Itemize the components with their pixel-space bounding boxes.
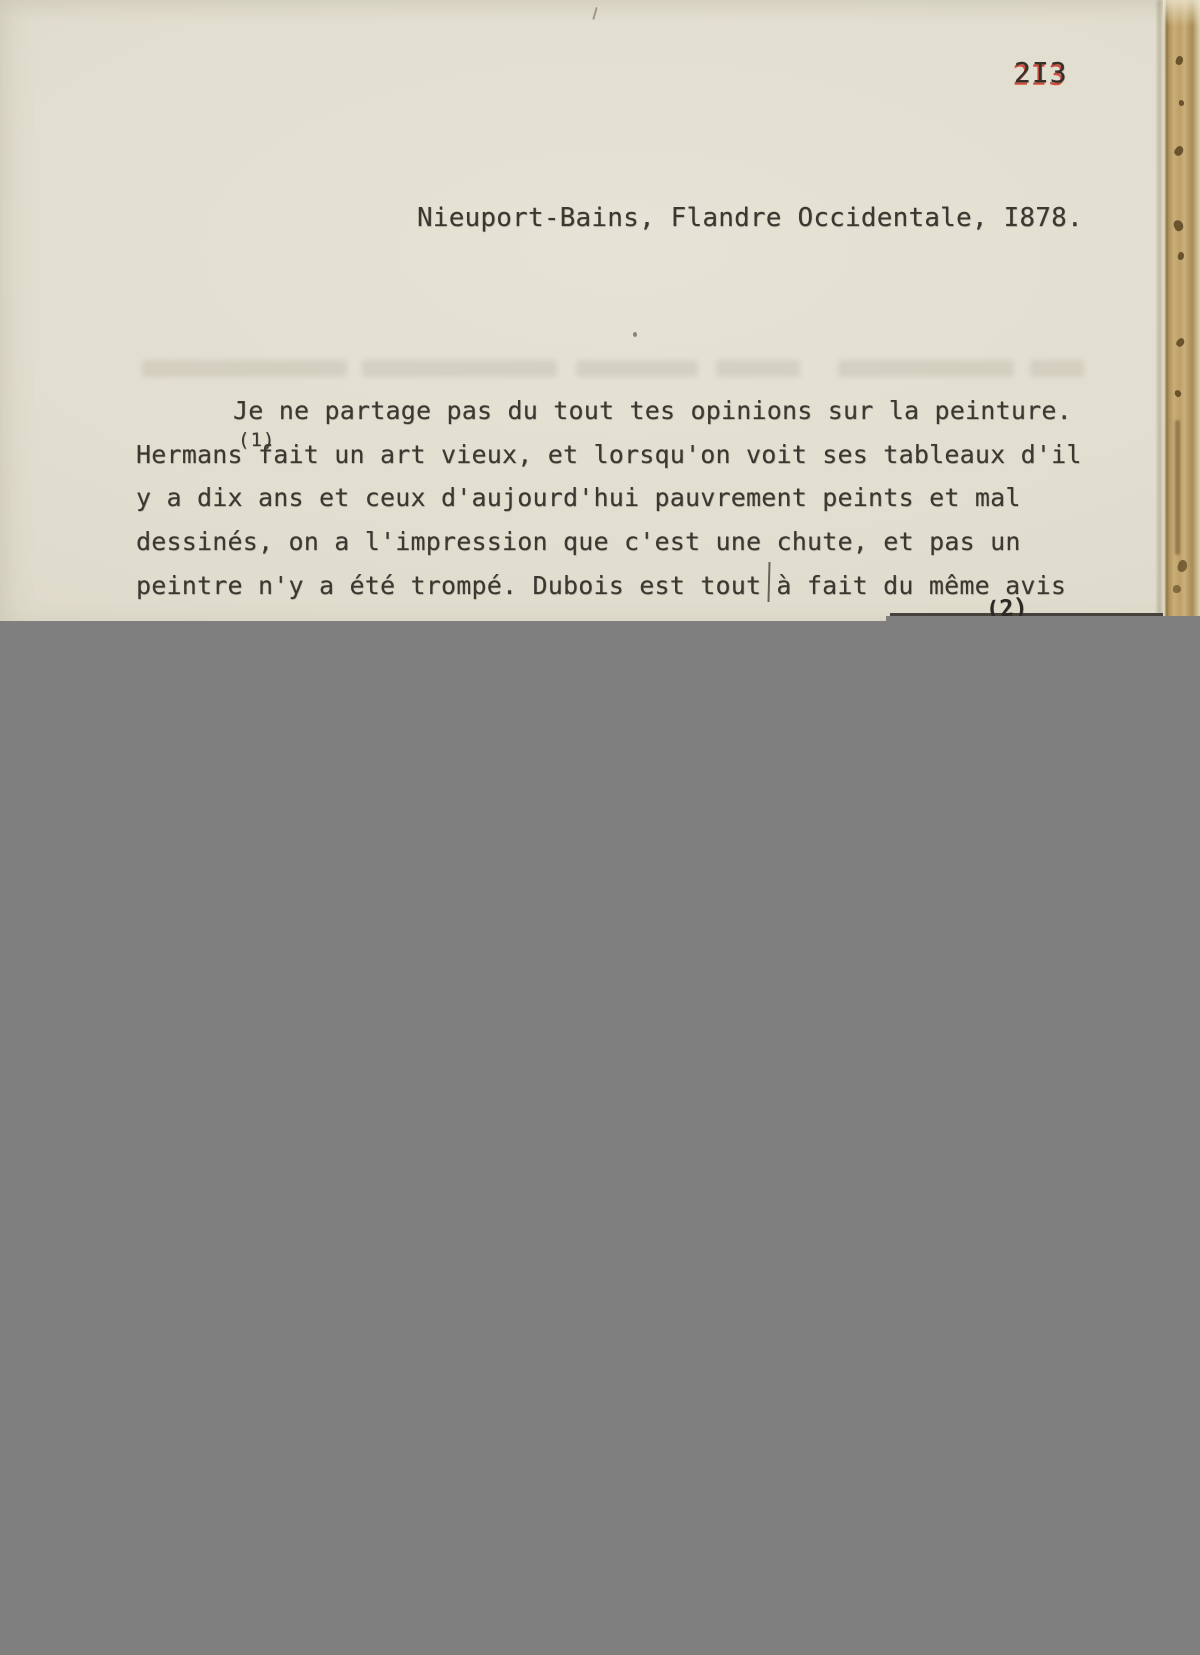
ink-bleedthrough-smudge <box>716 360 800 377</box>
typed-line: Je ne partage pas du tout tes opinions s… <box>233 396 1072 426</box>
footnote-mark-1: (1) <box>238 429 275 451</box>
page-number: 2I3 <box>1014 58 1068 88</box>
typed-line-segment: peintre n'y a été trompé. Dubois est tou… <box>136 571 761 601</box>
ink-bleedthrough-smudge <box>1030 360 1084 377</box>
page-edge-shadow <box>1157 0 1162 618</box>
binding-fleck <box>1173 145 1185 158</box>
paper-speck <box>592 7 598 20</box>
book-binding-edge <box>1163 0 1200 618</box>
binding-fleck <box>1173 585 1182 594</box>
paper-sheet: 2I3 Nieuport-Bains, Flandre Occidentale,… <box>0 0 1200 623</box>
binding-grain-streak <box>1175 420 1180 555</box>
binding-fleck <box>1175 55 1185 66</box>
ink-bleedthrough-smudge <box>362 360 557 377</box>
dateline: Nieuport-Bains, Flandre Occidentale, I87… <box>417 203 1083 233</box>
ink-bleedthrough-smudge <box>576 360 698 377</box>
typed-line: Hermans fait un art vieux, et lorsqu'on … <box>136 440 1082 470</box>
binding-fleck <box>1174 389 1183 398</box>
scanned-letter-page: 2I3 Nieuport-Bains, Flandre Occidentale,… <box>0 0 1200 1655</box>
paper-speck <box>633 332 637 337</box>
ink-bleedthrough-smudge <box>142 360 347 377</box>
typed-line: y a dix ans et ceux d'aujourd'hui pauvre… <box>136 483 1021 513</box>
redaction-gray-area <box>0 621 1200 1655</box>
pencil-mark <box>761 593 776 594</box>
binding-fleck <box>1172 219 1185 233</box>
typed-line: dessinés, on a l'impression que c'est un… <box>136 527 1021 557</box>
typed-line: peintre n'y a été trompé. Dubois est tou… <box>136 571 1066 601</box>
ink-bleedthrough-smudge <box>838 360 1014 377</box>
binding-fleck <box>1177 252 1184 261</box>
binding-fleck <box>1175 337 1186 348</box>
binding-fleck <box>1177 559 1189 573</box>
binding-fleck <box>1178 99 1184 106</box>
